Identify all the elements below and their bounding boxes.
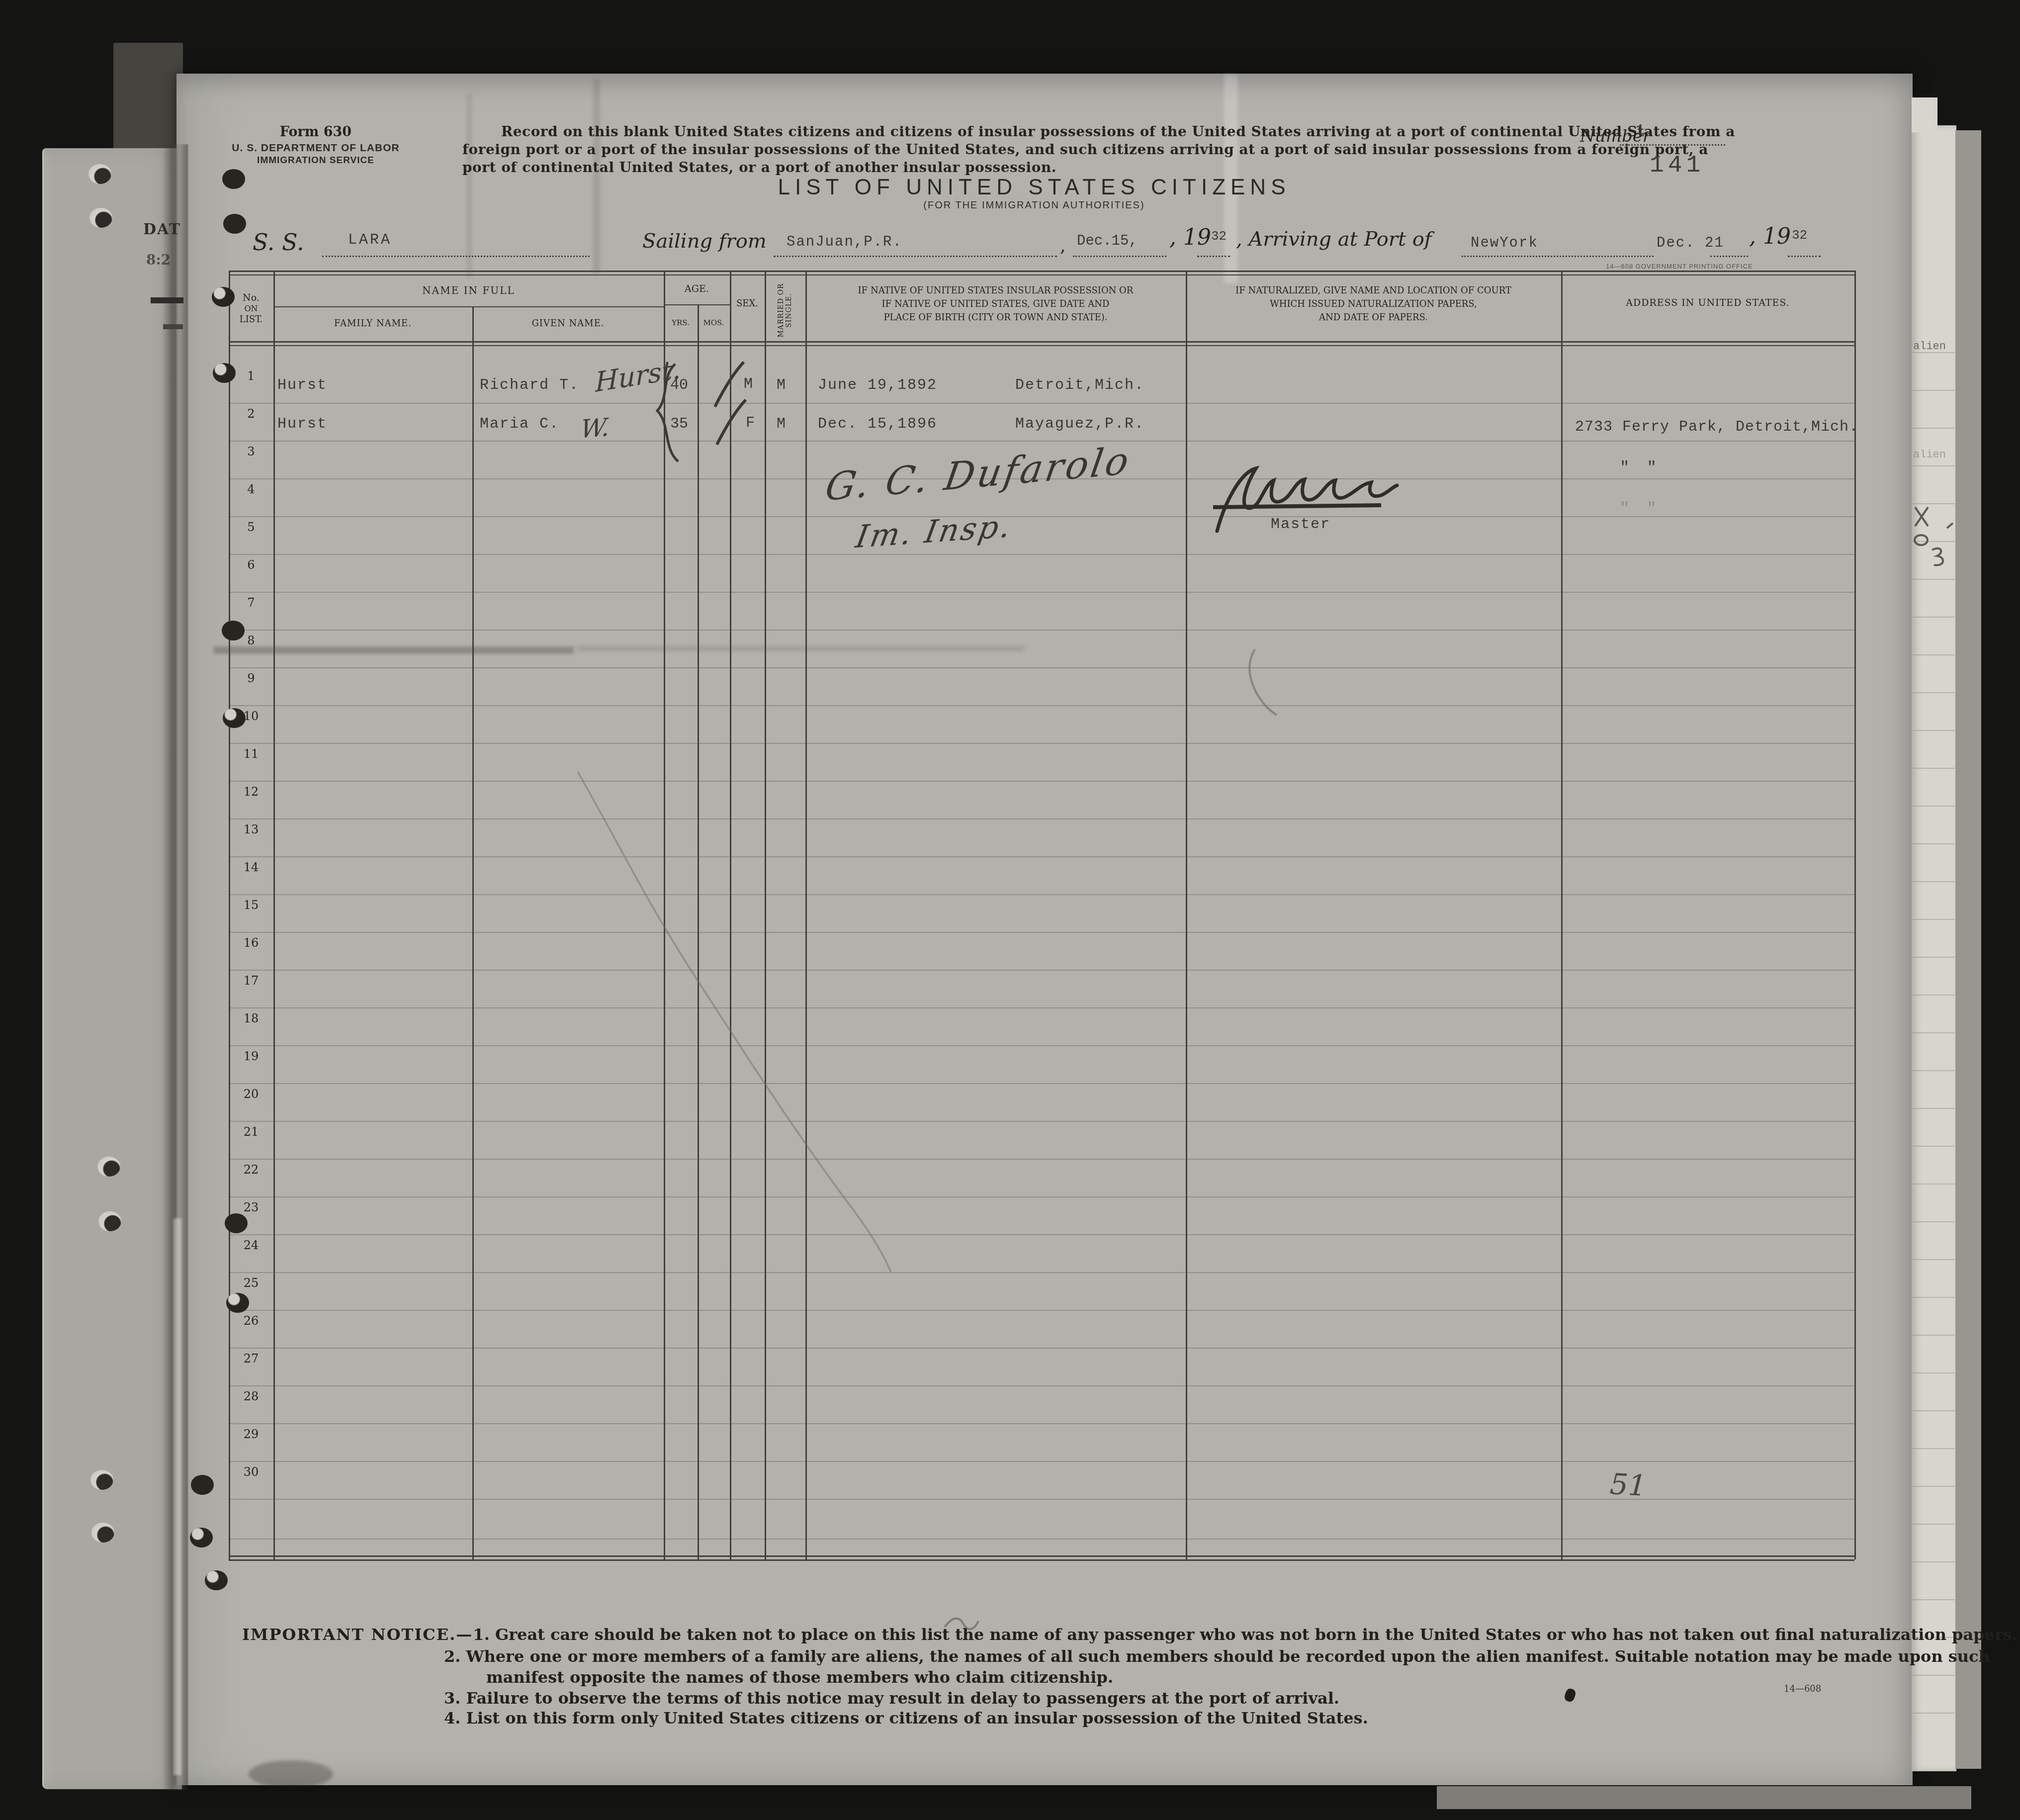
row1-married: M (777, 377, 786, 394)
handwritten-51: 51 (1609, 1467, 1647, 1503)
intro-line-1: Record on this blank United States citiz… (501, 123, 1735, 140)
punch-hole (212, 287, 235, 307)
col-age: AGE. (664, 283, 730, 294)
master-label: Master (1271, 516, 1330, 533)
col-no-line1: No. (234, 292, 268, 303)
film-streak (466, 94, 472, 278)
col-yrs: YRS. (664, 318, 698, 327)
arrival-port-underline (1462, 256, 1654, 257)
comma-1: , (1060, 236, 1065, 256)
row-number: 3 (234, 445, 268, 458)
name-subrule (273, 306, 664, 307)
row-number: 22 (234, 1163, 268, 1177)
sailing-year: 32 (1211, 229, 1227, 244)
col-no-line3: LIST. (234, 314, 268, 325)
underpage-rule (1913, 1297, 1955, 1298)
printer-imprint-bottom: 14—608 (1784, 1684, 1821, 1694)
col-married-single: MARRIED OR SINGLE. (777, 271, 793, 350)
arrival-port: NewYork (1471, 235, 1538, 251)
column-rule (664, 271, 665, 1559)
printer-imprint-top: 14—608 GOVERNMENT PRINTING OFFICE (1606, 263, 1753, 270)
underpage-rule (1913, 1335, 1955, 1336)
row-number: 27 (234, 1352, 268, 1365)
sailing-port: SanJuan,P.R. (787, 234, 902, 250)
underpage-rule (1913, 1675, 1955, 1676)
underpage-rule (1913, 692, 1955, 693)
underpage-rule (1913, 919, 1955, 920)
smudge-row8-faint (577, 645, 1024, 651)
punch-hole-underpage (98, 1211, 121, 1231)
underpage-rule (1913, 390, 1955, 391)
underpage-rule (1913, 1372, 1955, 1373)
underpage-rule (1913, 1448, 1955, 1449)
column-rule (805, 271, 807, 1559)
underpage-rule (1913, 1561, 1955, 1562)
row2-sex: F (746, 415, 755, 432)
column-rule (1854, 271, 1856, 1559)
punch-hole (190, 1528, 213, 1547)
department-name: U. S. DEPARTMENT OF LABOR (214, 142, 418, 154)
column-rule (229, 271, 230, 1559)
row2-married: M (777, 416, 786, 433)
form-number: Form 630 (224, 124, 408, 140)
underpage-rule (1913, 503, 1955, 504)
col-address: ADDRESS IN UNITED STATES. (1561, 297, 1854, 308)
underpage-rule (1913, 1183, 1955, 1184)
scanned-manifest-page: Form 630 U. S. DEPARTMENT OF LABOR IMMIG… (0, 0, 2020, 1820)
punch-hole-underpage (89, 208, 112, 228)
row-number: 17 (234, 974, 268, 988)
punch-hole (223, 214, 246, 234)
column-rule (698, 304, 699, 1559)
row-number: 18 (234, 1011, 268, 1025)
row-number: 24 (234, 1238, 268, 1252)
col-given-name: GIVEN NAME. (475, 318, 661, 329)
alien-fragment-2: alien (1913, 449, 1946, 461)
row-number: 30 (234, 1465, 268, 1479)
notice-line-3: manifest opposite the names of those mem… (486, 1668, 1113, 1687)
stamp-dash (151, 297, 183, 303)
punch-hole (225, 1213, 248, 1233)
col-naturalized-line1: IF NATURALIZED, GIVE NAME AND LOCATION O… (1188, 285, 1559, 296)
underpage-rule (1913, 806, 1955, 807)
printed-19-2: , 19 (1749, 224, 1791, 249)
notice-line-1: IMPORTANT NOTICE.—1. Great care should b… (242, 1625, 2018, 1644)
col-name-in-full: NAME IN FULL (273, 284, 664, 296)
number-underline (1620, 144, 1725, 146)
underpage-rule (1913, 1486, 1955, 1487)
punch-hole (191, 1475, 214, 1495)
arrival-year: 32 (1792, 228, 1807, 243)
row1-given: Richard T. (480, 377, 579, 394)
arriving-label: , Arriving at Port of (1236, 228, 1432, 251)
binding-crease-highlight (174, 1218, 181, 1775)
row1-birth-date: June 19,1892 (818, 377, 937, 394)
row3-address-ditto-faint: ″ ″ (1620, 499, 1661, 518)
row-number: 14 (234, 860, 268, 874)
underpage-rule (1913, 957, 1955, 958)
printed-19-1: , 19 (1169, 225, 1211, 250)
col-family-name: FAMILY NAME. (278, 318, 467, 329)
underpage-rule (1913, 1070, 1955, 1071)
underpage-rule (1913, 768, 1955, 769)
sailing-year-underline (1197, 256, 1230, 257)
column-rule (730, 271, 731, 1559)
column-rule (472, 306, 474, 1559)
corner-stain (249, 1760, 333, 1788)
table-rule (229, 274, 1854, 275)
underpage-rule (1913, 579, 1955, 580)
row-number: 9 (234, 671, 268, 685)
manifest-sheet (176, 74, 1913, 1785)
underpage-rule (1913, 1032, 1955, 1033)
page-stamp-141: 141 (1650, 152, 1704, 179)
underpage-rule (1913, 1524, 1955, 1525)
punch-hole-underpage (90, 1470, 113, 1490)
row2-yrs: 35 (670, 416, 688, 433)
vessel-underline (322, 256, 590, 257)
sailing-date: Dec.15, (1077, 233, 1138, 249)
sailing-date-underline (1073, 256, 1166, 257)
row2-family: Hurst (277, 416, 327, 433)
col-sex: SEX. (730, 298, 765, 309)
row1-address: 2733 Ferry Park, Detroit,Mich. (1575, 419, 1858, 436)
underpage-rule (1913, 881, 1955, 882)
punch-hole (223, 708, 246, 728)
alien-fragment-1: alien (1913, 340, 1946, 353)
smudge-row8 (214, 646, 574, 654)
punch-hole (205, 1570, 228, 1590)
col-naturalized-line2: WHICH ISSUED NATURALIZATION PAPERS, (1188, 299, 1559, 309)
underpage-rule (1913, 843, 1955, 844)
intro-line-2: foreign port or a port of the insular po… (462, 141, 1708, 158)
col-birth-line2: IF NATIVE OF UNITED STATES, GIVE DATE AN… (810, 299, 1181, 309)
underpage-rule (1913, 617, 1955, 618)
column-rule (765, 271, 766, 1559)
stamp-dash-2 (163, 324, 183, 329)
age-subrule (664, 304, 730, 305)
underpage-rule (1913, 1599, 1955, 1600)
row1-birth-place: Detroit,Mich. (1015, 377, 1144, 394)
row2-birth-date: Dec. 15,1896 (818, 416, 937, 433)
handwritten-w: W. (579, 413, 612, 444)
punch-hole-underpage (97, 1157, 120, 1177)
punch-hole (222, 169, 245, 189)
row-number: 2 (234, 407, 268, 421)
underpage-rule (1913, 1259, 1955, 1260)
underlying-page-right-tab (1912, 97, 1937, 132)
row-number: 4 (234, 482, 268, 496)
stamp-fragment-8: 8:2 (146, 252, 171, 268)
underpage-rule (1913, 541, 1955, 542)
row-number: 25 (234, 1276, 268, 1290)
column-rule (273, 271, 275, 1559)
row-number: 19 (234, 1049, 268, 1063)
underpage-rule (1913, 1221, 1955, 1222)
notice-line-5: 4. List on this form only United States … (444, 1709, 1368, 1728)
col-birth-line1: IF NATIVE OF UNITED STATES INSULAR POSSE… (810, 285, 1181, 296)
underpage-rule (1913, 465, 1955, 466)
row-number: 12 (234, 785, 268, 799)
intro-line-3: port of continental United States, or a … (462, 159, 1056, 176)
row-number: 20 (234, 1087, 268, 1101)
punch-hole (222, 621, 245, 640)
row1-family: Hurst (277, 377, 327, 394)
underpage-rule (1913, 995, 1955, 996)
row-number: 21 (234, 1125, 268, 1139)
underlying-page-bottom (1437, 1786, 1971, 1809)
stamp-fragment-dat: DAT (143, 221, 181, 238)
row-number: 6 (234, 558, 268, 572)
row-number: 7 (234, 596, 268, 610)
arrival-date-underline (1710, 256, 1748, 257)
row-number: 1 (234, 369, 268, 383)
row-number: 13 (234, 822, 268, 836)
underlying-page-right-2 (1955, 130, 1981, 1769)
row-number: 29 (234, 1427, 268, 1441)
underpage-rule (1913, 654, 1955, 655)
underpage-rule (1913, 1410, 1955, 1411)
vessel-name: LARA (348, 232, 392, 249)
page-title: LIST OF UNITED STATES CITIZENS (621, 175, 1447, 200)
row2-address-ditto: ″ ″ (1620, 458, 1661, 477)
notice-line-4: 3. Failure to observe the terms of this … (444, 1689, 1339, 1708)
underpage-rule (1913, 730, 1955, 731)
row2-given: Maria C. (480, 416, 559, 433)
punch-hole (226, 1293, 249, 1313)
underpage-rule (1913, 1146, 1955, 1147)
row-number: 15 (234, 898, 268, 912)
number-value: 1 (1636, 122, 1645, 139)
film-streak (593, 80, 600, 273)
row2-birth-place: Mayaguez,P.R. (1015, 416, 1144, 433)
column-rule (1561, 271, 1563, 1559)
sailing-port-underline (774, 256, 1057, 257)
punch-hole-underpage (91, 1523, 114, 1543)
row-number: 28 (234, 1389, 268, 1403)
service-name: IMMIGRATION SERVICE (214, 155, 418, 166)
punch-hole-underpage (88, 164, 111, 184)
row1-sex: M (744, 376, 753, 393)
underpage-rule (1913, 1108, 1955, 1109)
row-number: 26 (234, 1314, 268, 1328)
page-subtitle: (FOR THE IMMIGRATION AUTHORITIES) (621, 200, 1447, 211)
notice-line-2: 2. Where one or more members of a family… (444, 1647, 1990, 1666)
underpage-rule (1913, 428, 1955, 429)
sailing-from-label: Sailing from (642, 230, 767, 253)
row-number: 11 (234, 747, 268, 761)
column-rule (1186, 271, 1187, 1559)
punch-hole (213, 363, 236, 383)
arrival-year-underline (1788, 256, 1821, 257)
col-birth-line3: PLACE OF BIRTH (CITY OR TOWN AND STATE). (810, 312, 1181, 323)
arrival-date: Dec. 21 (1657, 235, 1724, 251)
table-rule (229, 271, 1854, 272)
table-rule (229, 1559, 1854, 1561)
page-stack-edge (113, 43, 183, 156)
notice-text-1: 1. Great care should be taken not to pla… (473, 1625, 2018, 1644)
col-no-line2: ON (234, 304, 268, 313)
row-number: 23 (234, 1200, 268, 1214)
col-naturalized-line3: AND DATE OF PAPERS. (1188, 312, 1559, 323)
ss-label: S. S. (253, 229, 304, 256)
notice-label: IMPORTANT NOTICE.— (242, 1625, 473, 1644)
col-mos: MOS. (698, 318, 730, 327)
row-number: 5 (234, 520, 268, 534)
underlying-page-left (42, 148, 182, 1789)
row-number: 16 (234, 936, 268, 950)
underpage-rule (1913, 1713, 1955, 1714)
